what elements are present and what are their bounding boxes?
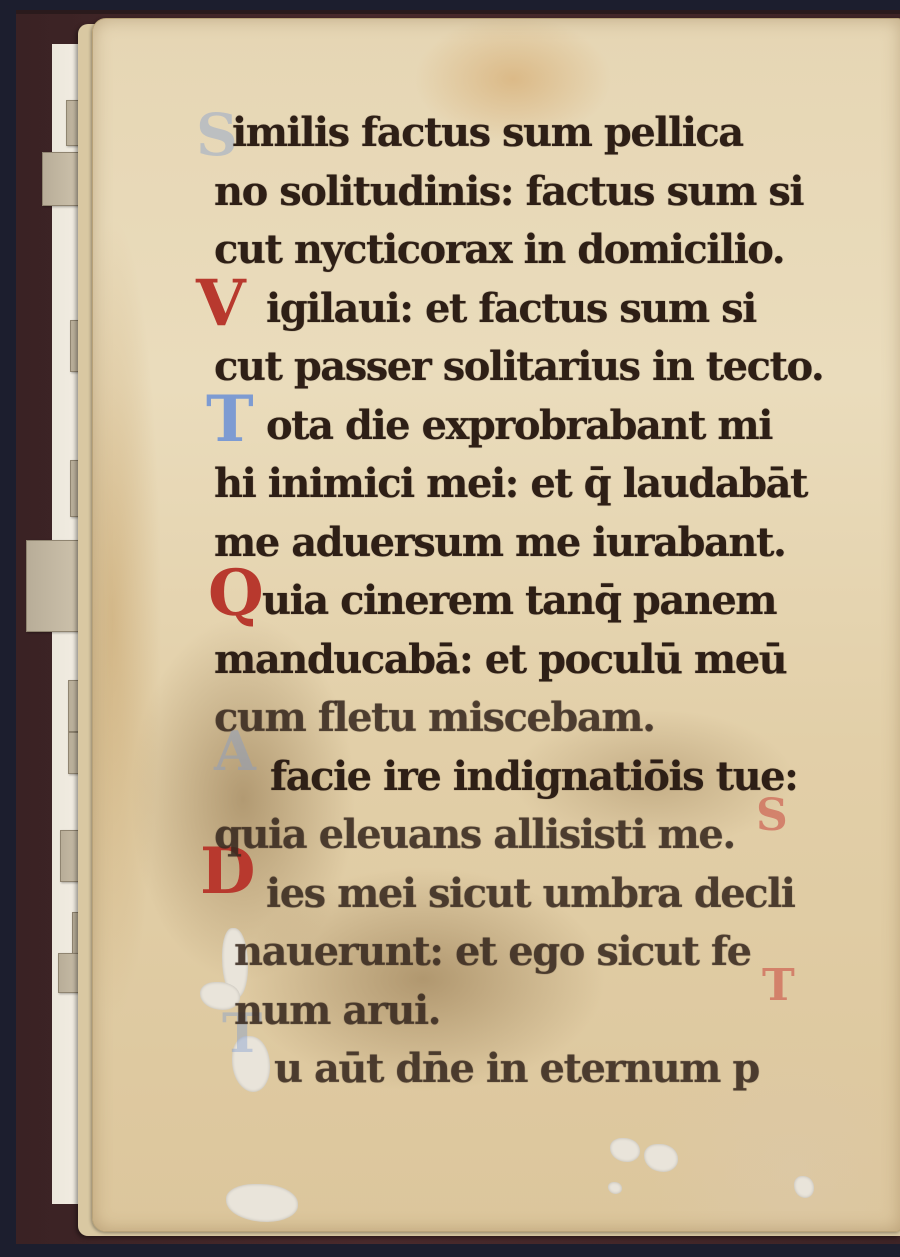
- parchment-hole: [608, 1182, 622, 1194]
- text-line: imilis factus sum pellica: [214, 104, 834, 163]
- text-line: facie ire indignatiōis tue:: [214, 748, 834, 807]
- text-line: ota die exprobrabant mi: [214, 397, 834, 456]
- text-line: cut passer solitarius in tecto.: [214, 338, 834, 397]
- text-line: no solitudinis: factus sum si: [214, 163, 834, 222]
- text-line: num arui.: [214, 982, 834, 1041]
- text-line: ies mei sicut umbra decli: [214, 865, 834, 924]
- text-line: hi inimici mei: et q̄ laudabāt: [214, 455, 834, 514]
- page-tab: [26, 540, 86, 632]
- text-line: igilaui: et factus sum si: [214, 280, 834, 339]
- parchment-hole: [794, 1176, 814, 1198]
- text-line: nauerunt: et ego sicut fe: [214, 923, 834, 982]
- text-line: u aūt dn̄e in eternum p: [214, 1040, 834, 1099]
- text-line: quia eleuans allisisti me.: [214, 806, 834, 865]
- text-line: manducabā: et poculū meū: [214, 631, 834, 690]
- text-line: uia cinerem tanq̄ panem: [214, 572, 834, 631]
- manuscript-text: imilis factus sum pellica no solitudinis…: [214, 104, 834, 1099]
- text-line: me aduersum me iurabant.: [214, 514, 834, 573]
- text-line: cum fletu miscebam.: [214, 689, 834, 748]
- text-line: cut nycticorax in domicilio.: [214, 221, 834, 280]
